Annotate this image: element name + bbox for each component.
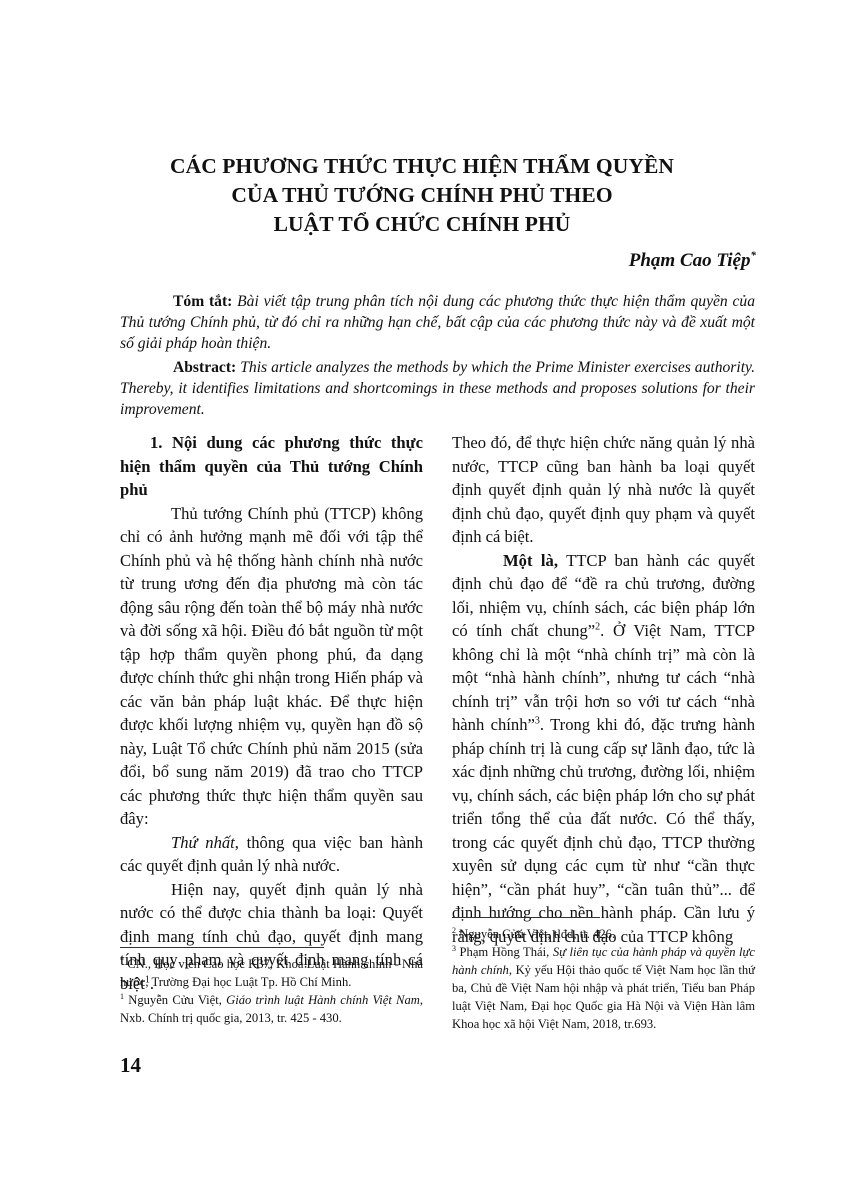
article-title: CÁC PHƯƠNG THỨC THỰC HIỆN THẨM QUYỀN CỦA…: [100, 152, 744, 239]
left-column: 1. Nội dung các phương thức thực hiện th…: [120, 431, 423, 995]
title-line-2: CỦA THỦ TƯỚNG CHÍNH PHỦ THEO: [100, 181, 744, 210]
author-name: Phạm Cao Tiệp: [629, 250, 751, 271]
summary-vietnamese: Tóm tắt: Bài viết tập trung phân tích nộ…: [120, 291, 755, 354]
title-line-3: LUẬT TỔ CHỨC CHÍNH PHỦ: [100, 210, 744, 239]
footnotes-left: * CN., Học viên Cao học K37, Khoa Luật H…: [120, 955, 423, 1027]
author-footnote-marker: *: [751, 250, 757, 262]
left-paragraph-2: Thứ nhất, thông qua việc ban hành các qu…: [120, 831, 423, 878]
summary-english: Abstract: This article analyzes the meth…: [120, 357, 755, 420]
footnote-2-text: Nguyễn Cửu Việt, tlđd, tr. 426.: [456, 927, 615, 941]
left-paragraph-1: Thủ tướng Chính phủ (TTCP) không chỉ có …: [120, 502, 423, 831]
section-heading: 1. Nội dung các phương thức thực hiện th…: [120, 431, 423, 502]
footnote-1: 1 Nguyễn Cửu Việt, Giáo trình luật Hành …: [120, 991, 423, 1027]
footnote-3-pre: Phạm Hồng Thái,: [456, 945, 553, 959]
right-paragraph-1: Theo đó, để thực hiện chức năng quản lý …: [452, 431, 755, 549]
footnote-1-title: Giáo trình luật Hành chính Việt Nam: [226, 993, 420, 1007]
footnote-divider-left: [120, 947, 324, 948]
right-column: Theo đó, để thực hiện chức năng quản lý …: [452, 431, 755, 948]
footnote-3: 3 Phạm Hồng Thái, Sự liên tục của hành p…: [452, 943, 755, 1033]
footnote-author: * CN., Học viên Cao học K37, Khoa Luật H…: [120, 955, 423, 991]
summary-vi-label: Tóm tắt:: [173, 293, 232, 310]
author-byline: Phạm Cao Tiệp*: [629, 250, 756, 272]
page-number: 14: [120, 1053, 141, 1078]
right-paragraph-2: Một là, TTCP ban hành các quyết định chủ…: [452, 549, 755, 949]
footnotes-right: 2 Nguyễn Cửu Việt, tlđd, tr. 426. 3 Phạm…: [452, 925, 755, 1033]
right-p2-c: . Trong khi đó, đặc trưng hành pháp chín…: [452, 715, 755, 946]
footnote-author-text: CN., Học viên Cao học K37, Khoa Luật Hàn…: [120, 957, 423, 989]
left-p2-text: , thông qua việc ban hành các quyết định…: [120, 833, 423, 876]
left-p2-italic: Thứ nhất: [171, 833, 235, 852]
footnote-2: 2 Nguyễn Cửu Việt, tlđd, tr. 426.: [452, 925, 755, 943]
summary-en-label: Abstract:: [173, 359, 236, 376]
title-line-1: CÁC PHƯƠNG THỨC THỰC HIỆN THẨM QUYỀN: [100, 152, 744, 181]
right-p2-bold: Một là,: [503, 551, 558, 570]
footnote-divider-right: [452, 917, 600, 918]
footnote-1-pre: Nguyễn Cửu Việt,: [124, 993, 226, 1007]
